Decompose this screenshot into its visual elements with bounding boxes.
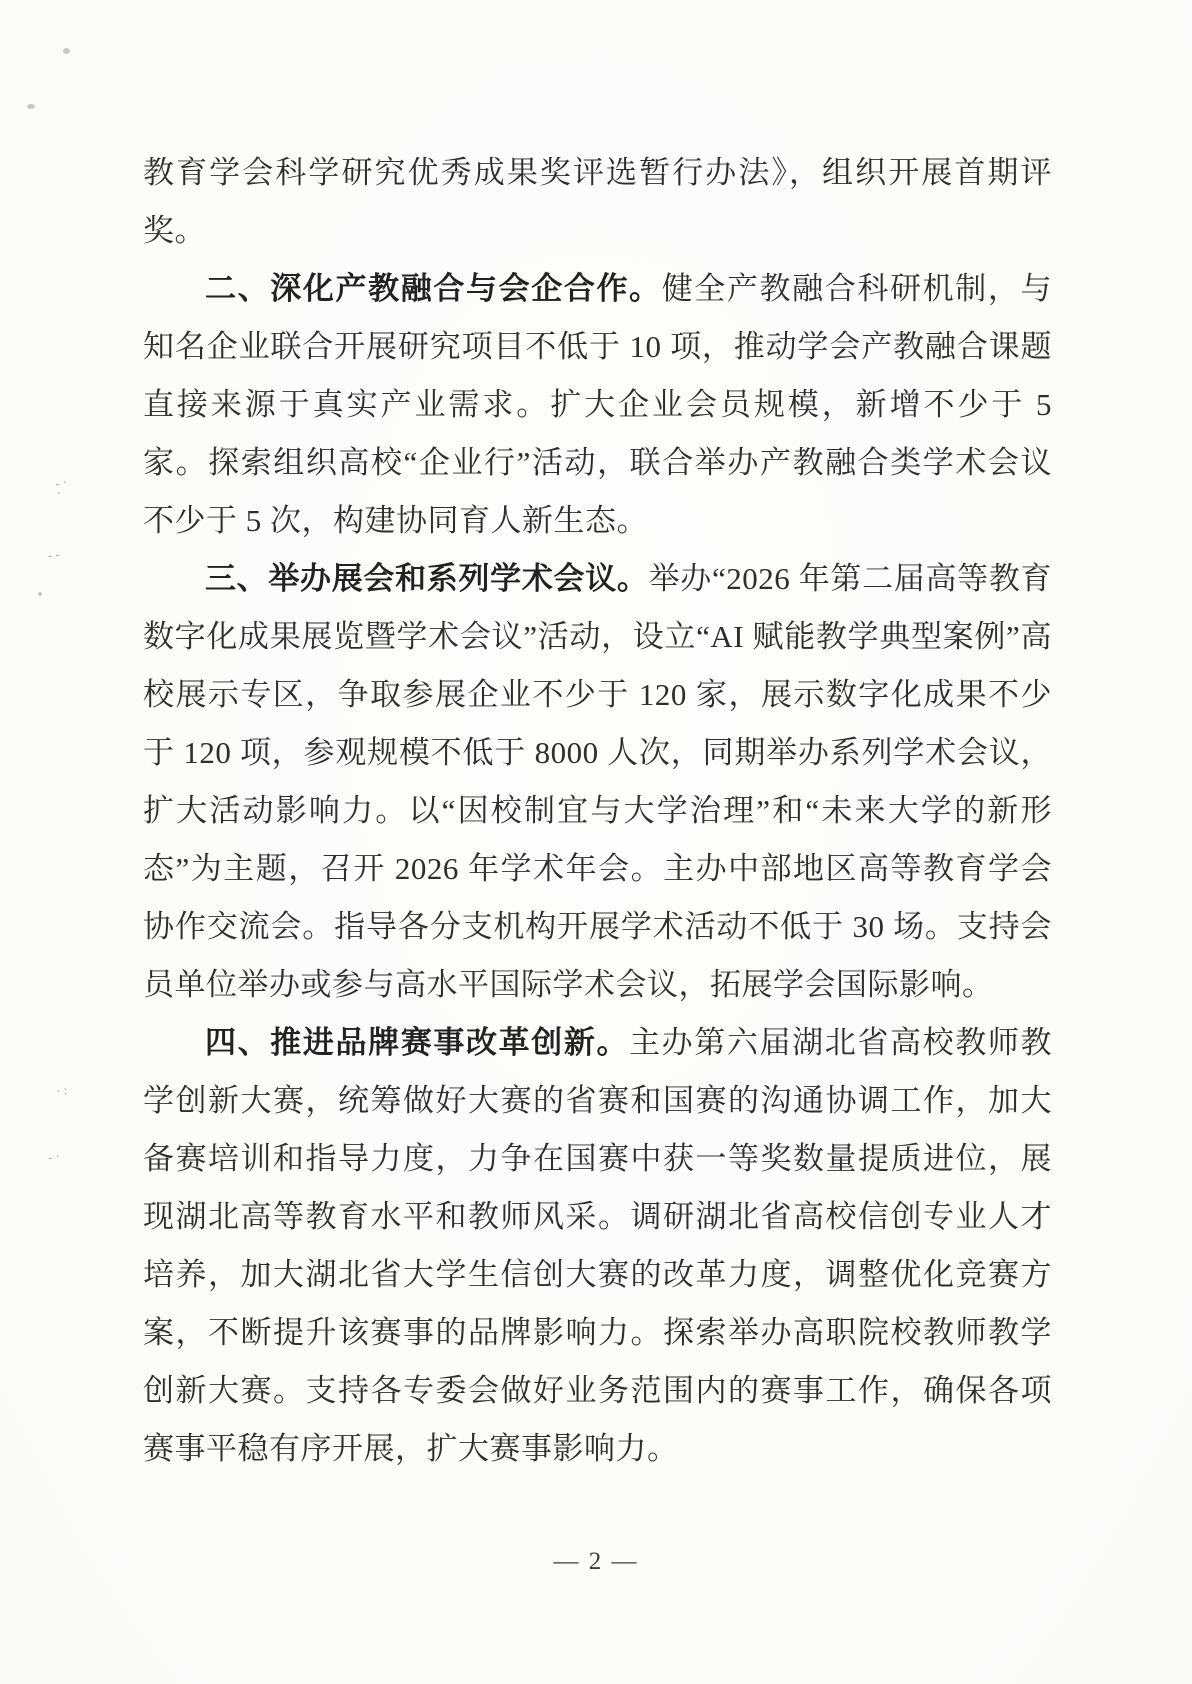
scan-smudge: - · — [47, 1151, 60, 1163]
paragraph-continuation-text: 教育学会科学研究优秀成果奖评选暂行办法》，组织开展首期评奖。 — [143, 155, 1052, 248]
paragraph-section-3: 三、举办展会和系列学术会议。举办“2026 年第二届高等教育数字化成果展览暨学术… — [143, 550, 1052, 1014]
scan-smudge: - ·· — [55, 477, 70, 498]
page-number: — 2 — — [0, 1548, 1192, 1576]
section-3-heading: 三、举办展会和系列学术会议。 — [205, 561, 649, 596]
scan-speck — [63, 48, 70, 54]
paragraph-continuation: 教育学会科学研究优秀成果奖评选暂行办法》，组织开展首期评奖。 — [143, 144, 1052, 260]
scan-speck — [27, 104, 35, 109]
paragraph-section-4: 四、推进品牌赛事改革创新。主办第六届湖北省高校教师教学创新大赛，统筹做好大赛的省… — [143, 1014, 1052, 1478]
document-page: 教育学会科学研究优秀成果奖评选暂行办法》，组织开展首期评奖。 二、深化产教融合与… — [0, 0, 1192, 1684]
section-3-body: 举办“2026 年第二届高等教育数字化成果展览暨学术会议”活动，设立“AI 赋能… — [143, 561, 1052, 1002]
section-2-body: 健全产教融合科研机制，与知名企业联合开展研究项目不低于 10 项，推动学会产教融… — [143, 271, 1052, 538]
paragraph-section-2: 二、深化产教融合与会企合作。健全产教融合科研机制，与知名企业联合开展研究项目不低… — [143, 260, 1052, 550]
scan-smudge: - - — [47, 549, 60, 561]
scan-smudge: · : — [55, 1085, 67, 1096]
document-body-text: 教育学会科学研究优秀成果奖评选暂行办法》，组织开展首期评奖。 二、深化产教融合与… — [143, 144, 1052, 1478]
section-4-heading: 四、推进品牌赛事改革创新。 — [205, 1025, 629, 1060]
section-2-heading: 二、深化产教融合与会企合作。 — [205, 271, 662, 306]
scan-speck — [38, 592, 42, 596]
section-4-body: 主办第六届湖北省高校教师教学创新大赛，统筹做好大赛的省赛和国赛的沟通协调工作，加… — [143, 1025, 1052, 1466]
